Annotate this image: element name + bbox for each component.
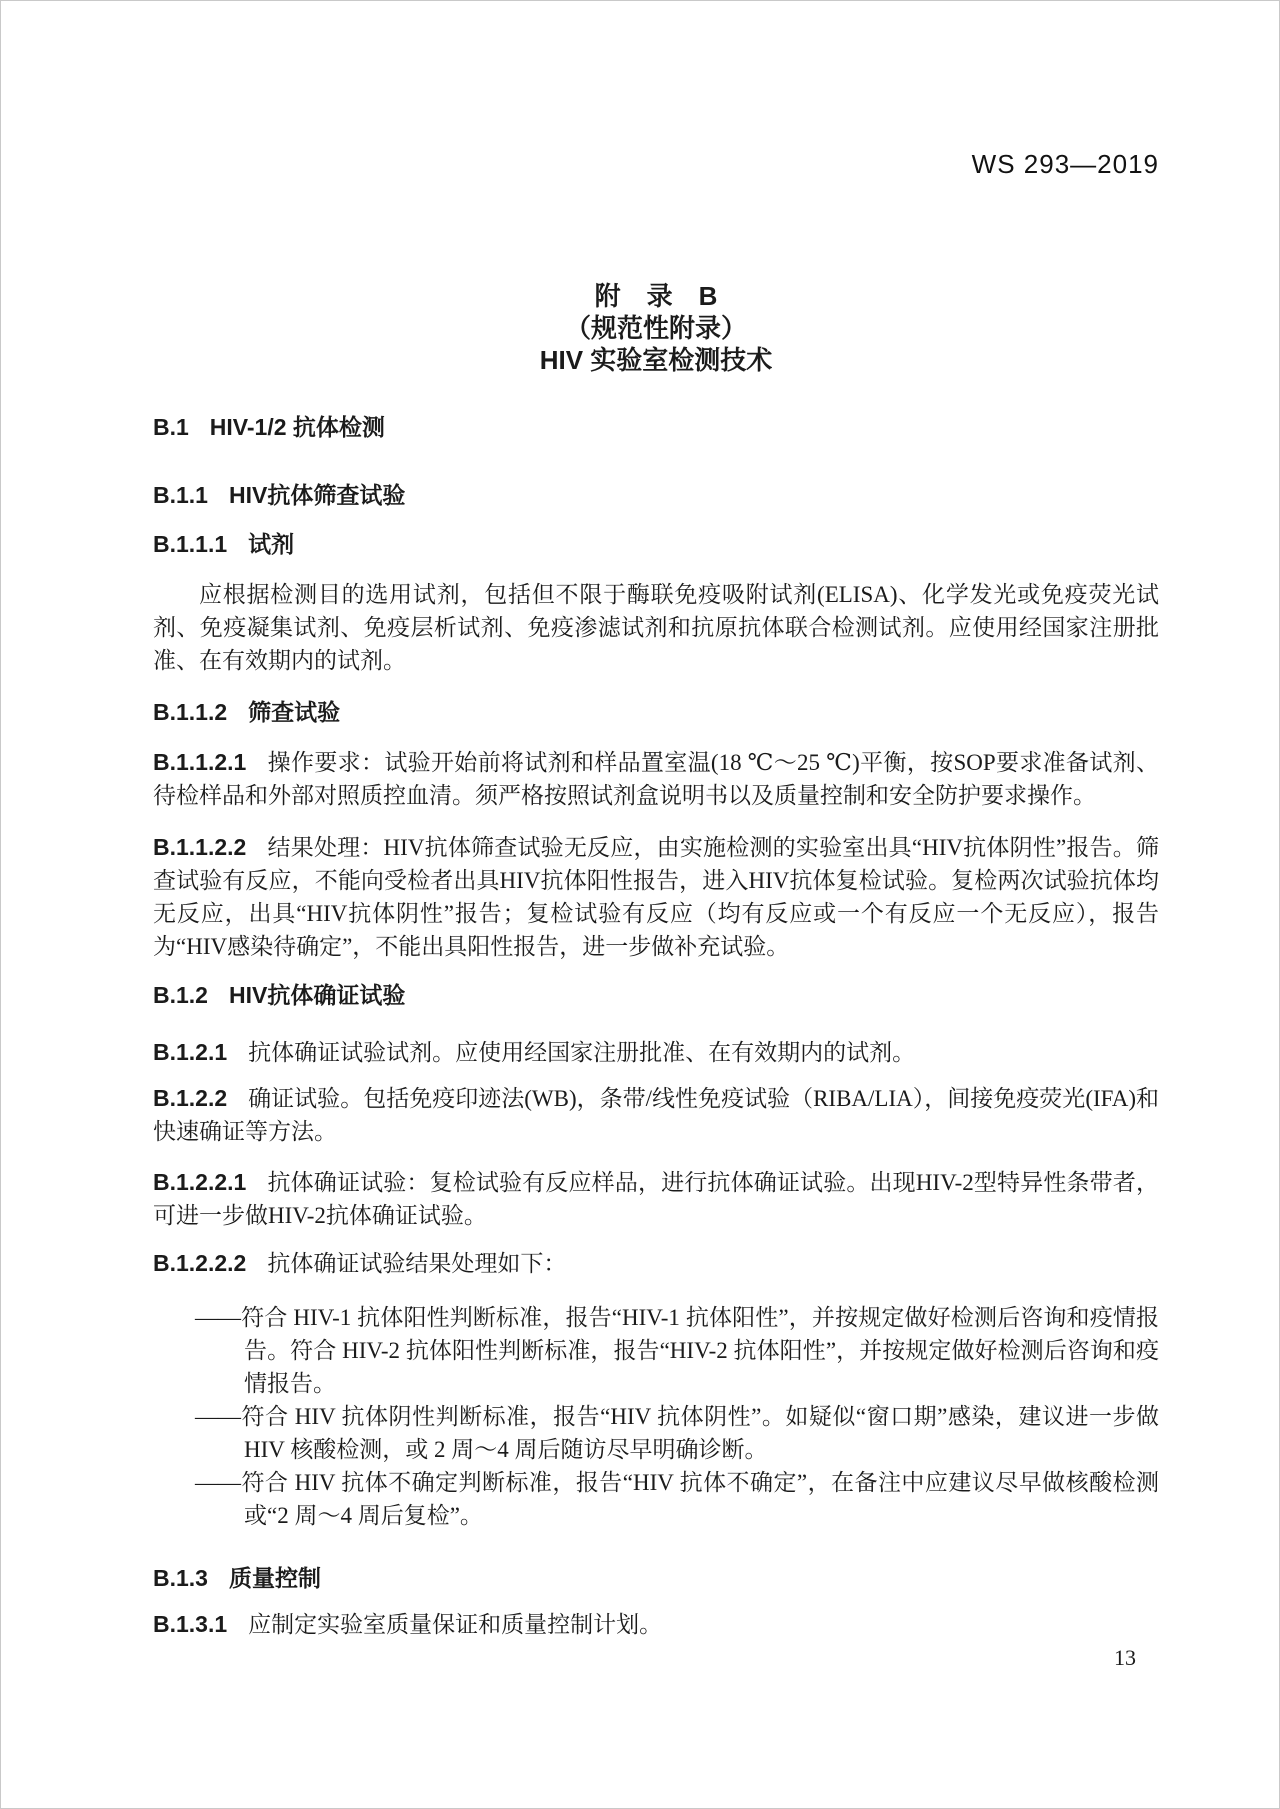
result-item: ——符合 HIV 抗体不确定判断标准，报告“HIV 抗体不确定”，在备注中应建议… [244, 1466, 1159, 1532]
clause-number: B.1.2.1 [153, 1039, 227, 1065]
clause-number: B.1.1.2.1 [153, 749, 246, 775]
section-title: HIV抗体筛查试验 [229, 482, 405, 508]
section-number: B.1.2 [153, 982, 208, 1008]
heading-b11: B.1.1HIV抗体筛查试验 [153, 479, 1159, 512]
appendix-name: HIV 实验室检测技术 [153, 344, 1159, 376]
heading-b12: B.1.2HIV抗体确证试验 [153, 979, 1159, 1012]
appendix-title-block: 附 录 B （规范性附录） HIV 实验室检测技术 [153, 1, 1159, 376]
result-item: ——符合 HIV-1 抗体阳性判断标准，报告“HIV-1 抗体阳性”，并按规定做… [244, 1301, 1159, 1400]
clause-text: 应制定实验室质量保证和质量控制计划。 [248, 1612, 662, 1637]
clause-b1221: B.1.2.2.1抗体确证试验：复检试验有反应样品，进行抗体确证试验。出现HIV… [153, 1166, 1159, 1232]
result-item-list: ——符合 HIV-1 抗体阳性判断标准，报告“HIV-1 抗体阳性”，并按规定做… [153, 1301, 1159, 1532]
clause-b1122: B.1.1.2.2结果处理：HIV抗体筛查试验无反应，由实施检测的实验室出具“H… [153, 831, 1159, 963]
clause-number: B.1.2.2 [153, 1085, 227, 1111]
document-page: WS 293—2019 附 录 B （规范性附录） HIV 实验室检测技术 B.… [0, 0, 1280, 1809]
clause-text: 结果处理：HIV抗体筛查试验无反应，由实施检测的实验室出具“HIV抗体阴性”报告… [153, 835, 1159, 959]
heading-b1: B.1HIV-1/2 抗体检测 [153, 411, 1159, 444]
clause-b121: B.1.2.1抗体确证试验试剂。应使用经国家注册批准、在有效期内的试剂。 [153, 1036, 1159, 1069]
appendix-label: 附 录 B [153, 280, 1159, 312]
section-number: B.1 [153, 414, 189, 440]
clause-text: 确证试验。包括免疫印迹法(WB)，条带/线性免疫试验（RIBA/LIA），间接免… [153, 1086, 1159, 1144]
clause-number: B.1.3.1 [153, 1611, 227, 1637]
section-number: B.1.1.1 [153, 531, 227, 557]
clause-b131: B.1.3.1应制定实验室质量保证和质量控制计划。 [153, 1608, 1159, 1641]
appendix-normative-note: （规范性附录） [153, 312, 1159, 344]
clause-b1222: B.1.2.2.2抗体确证试验结果处理如下： [153, 1247, 1159, 1280]
section-title: 筛查试验 [248, 699, 340, 725]
section-number: B.1.1 [153, 482, 208, 508]
clause-number: B.1.2.2.2 [153, 1250, 246, 1276]
clause-b1121: B.1.1.2.1操作要求：试验开始前将试剂和样品置室温(18 ℃～25 ℃)平… [153, 746, 1159, 812]
clause-number: B.1.2.2.1 [153, 1169, 246, 1195]
clause-text: 抗体确证试验结果处理如下： [267, 1251, 566, 1276]
heading-b13: B.1.3质量控制 [153, 1562, 1159, 1595]
section-title: 质量控制 [229, 1565, 321, 1591]
page-number: 13 [1114, 1645, 1136, 1671]
section-title: HIV-1/2 抗体检测 [210, 414, 385, 440]
section-title: HIV抗体确证试验 [229, 982, 405, 1008]
page-content: 附 录 B （规范性附录） HIV 实验室检测技术 B.1HIV-1/2 抗体检… [153, 1, 1159, 1641]
clause-text: 抗体确证试验：复检试验有反应样品，进行抗体确证试验。出现HIV-2型特异性条带者… [153, 1170, 1159, 1228]
section-number: B.1.1.2 [153, 699, 227, 725]
para-b111-body: 应根据检测目的选用试剂，包括但不限于酶联免疫吸附试剂(ELISA)、化学发光或免… [153, 578, 1159, 677]
result-item: ——符合 HIV 抗体阴性判断标准，报告“HIV 抗体阴性”。如疑似“窗口期”感… [244, 1400, 1159, 1466]
heading-b112: B.1.1.2筛查试验 [153, 696, 1159, 729]
clause-text: 操作要求：试验开始前将试剂和样品置室温(18 ℃～25 ℃)平衡，按SOP要求准… [153, 750, 1159, 808]
section-number: B.1.3 [153, 1565, 208, 1591]
section-title: 试剂 [248, 531, 294, 557]
heading-b111: B.1.1.1试剂 [153, 528, 1159, 561]
clause-number: B.1.1.2.2 [153, 834, 246, 860]
clause-text: 抗体确证试验试剂。应使用经国家注册批准、在有效期内的试剂。 [248, 1040, 915, 1065]
clause-b122: B.1.2.2确证试验。包括免疫印迹法(WB)，条带/线性免疫试验（RIBA/L… [153, 1082, 1159, 1148]
